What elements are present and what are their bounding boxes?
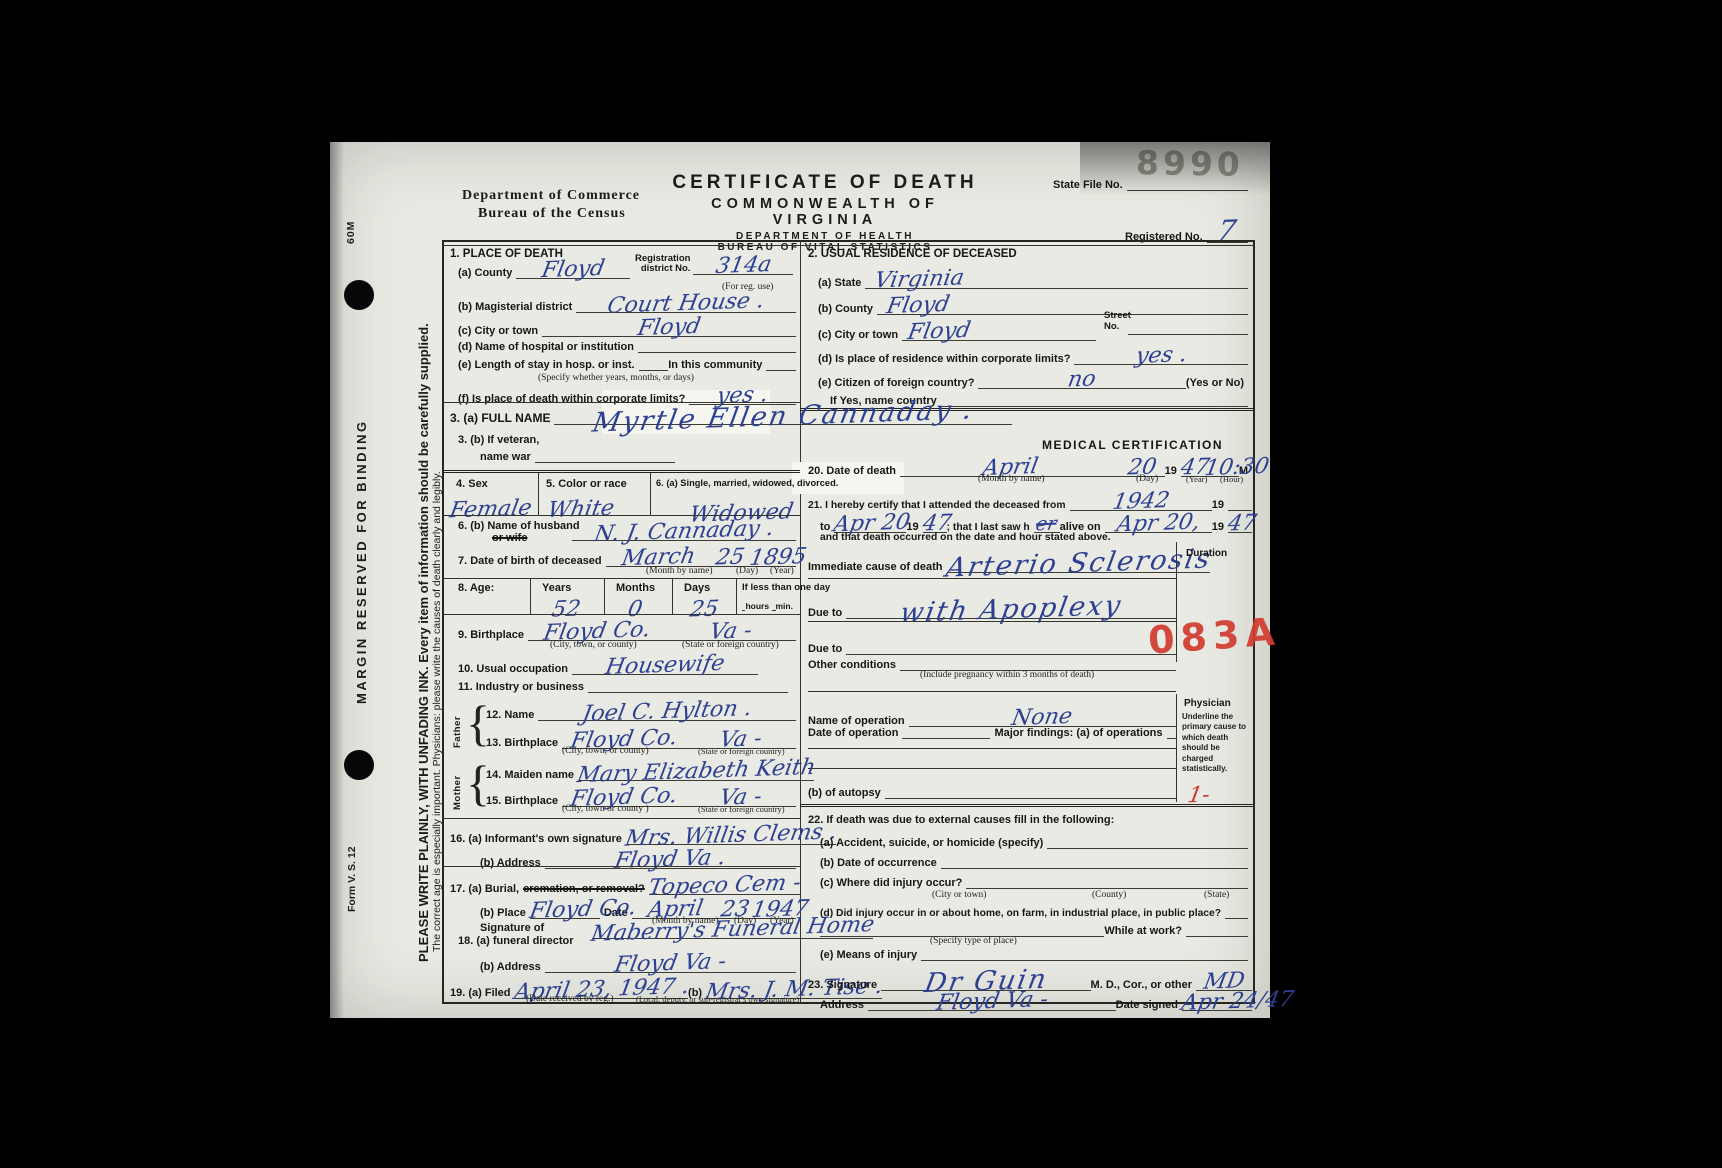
father-bp-sub1: (City, town, or county) <box>562 746 649 756</box>
rule <box>442 818 800 819</box>
means-injury-label: (e) Means of injury <box>820 949 921 961</box>
street-line-row <box>1128 322 1248 335</box>
cell-divider <box>538 473 539 515</box>
s1-city-row: (c) City or town Floyd <box>458 318 796 337</box>
funeral-sig-label2: 18. (a) funeral director <box>458 935 578 947</box>
s1-reg-label2: district No. <box>641 264 694 274</box>
filed-sub: (Date received by reg.) <box>526 994 614 1004</box>
s1-magisterial-label: (b) Magisterial district <box>458 301 576 313</box>
attended-from-value: 1942 <box>1111 495 1170 509</box>
autopsy-line <box>885 786 1176 799</box>
external-c-row: (c) Where did injury occur? <box>820 876 1248 889</box>
cause-row: Immediate cause of death Arterio Scleros… <box>808 552 1176 573</box>
birth-month-value: March <box>620 551 695 566</box>
death-day-value: 20 <box>1127 462 1157 475</box>
husband-value: N. J. Cannaday . <box>593 523 774 541</box>
registered-no-value: 7 <box>1217 223 1238 239</box>
s2-corporate-value: yes . <box>1135 349 1188 363</box>
race-label: 5. Color or race <box>546 478 631 490</box>
cell-divider <box>736 578 737 614</box>
street-no-label: No. <box>1104 321 1122 332</box>
birthplace-value1: Floyd Co. <box>543 624 652 640</box>
dept-commerce-line: Department of Commerce <box>462 188 640 204</box>
mother-name-label: 14. Maiden name <box>486 769 578 781</box>
burial-label2: cremation, or removal? <box>523 883 649 895</box>
saw-her-value: er <box>1035 519 1057 530</box>
s1-stay-sub: (Specify whether years, months, or days) <box>538 373 694 383</box>
mother-birthplace-label: 15. Birthplace <box>486 795 562 807</box>
father-name-row: 12. Name Joel C. Hylton . <box>486 702 796 721</box>
s1-regno-value: 314a <box>714 259 772 273</box>
rule-heavy <box>442 470 800 473</box>
external-b-line <box>941 856 1248 869</box>
age-hours-label: hours <box>745 601 772 611</box>
external-d-label: (d) Did injury occur in or about home, o… <box>820 908 1225 919</box>
s2-title: 2. USUAL RESIDENCE OF DECEASED <box>808 248 1021 260</box>
birth-month-sub: (Month by name) <box>646 566 713 576</box>
mother-birthplace-value2: Va - <box>719 791 763 805</box>
burial-row: 17. (a) Burial, cremation, or removal? T… <box>450 876 796 895</box>
external-a-line <box>1047 836 1248 849</box>
date-signed-value: Apr 24/47 <box>1181 994 1295 1010</box>
file-number-stamp: 8990 <box>1136 143 1245 184</box>
age-hours-row: hours min. <box>742 598 796 611</box>
findings-label: Major findings: (a) of operations <box>990 727 1166 739</box>
work-line2 <box>1186 924 1248 937</box>
birthplace-row: 9. Birthplace Floyd Co. Va - <box>458 622 796 641</box>
means-spec-sub: (Specify type of place) <box>930 936 1017 946</box>
full-name-value: Myrtle Ellen Cannaday . <box>592 403 975 431</box>
while-at-work-row: While at work? <box>820 924 1248 937</box>
birth-day-value: 25 <box>715 552 745 565</box>
s2-citizen-value: no <box>1067 374 1097 387</box>
md-cor-label: M. D., Cor., or other <box>1091 979 1196 991</box>
external-d-row: (d) Did injury occur in or about home, o… <box>820 906 1248 919</box>
findings-line <box>1167 726 1176 739</box>
certify-text3: and that death occurred on the date and … <box>820 532 1115 543</box>
punch-hole-top <box>344 280 374 310</box>
veteran-war-label: name war <box>480 451 535 463</box>
birthdate-label: 7. Date of birth of deceased <box>458 555 606 567</box>
death-certificate-scan: 60M MARGIN RESERVED FOR BINDING Form V. … <box>330 142 1270 1018</box>
age-years-label: Years <box>542 582 575 594</box>
veteran-label: 3. (b) If veteran, <box>458 434 543 446</box>
certify-text1: 21. I hereby certify that I attended the… <box>808 500 1070 511</box>
s2-corporate-row: (d) Is place of residence within corpora… <box>818 346 1248 365</box>
birthplace-sub2: (State or foreign country) <box>682 640 779 650</box>
header-rule <box>442 245 1255 246</box>
age-label: 8. Age: <box>458 582 498 594</box>
age-min-label: min. <box>776 601 796 611</box>
physician-address-row: Address Floyd Va - Date signed Apr 24/47 <box>820 992 1252 1011</box>
rule <box>442 578 800 579</box>
due2-line <box>846 642 1176 655</box>
signature-label: 23. Signature <box>808 979 881 991</box>
s1-magisterial-value: Court House . <box>607 295 766 313</box>
veteran-war-line <box>535 450 675 463</box>
mother-bp-sub1: (City, town or county ) <box>562 804 649 814</box>
s1-county-value: Floyd <box>541 263 606 277</box>
autopsy-row: (b) of autopsy <box>808 786 1176 799</box>
address-value: Floyd Va - <box>935 994 1048 1010</box>
s1-hospital-row: (d) Name of hospital or institution <box>458 340 796 353</box>
s1-hospital-label: (d) Name of hospital or institution <box>458 341 638 353</box>
s2-city-value: Floyd <box>907 325 972 339</box>
autopsy-label: (b) of autopsy <box>808 787 885 799</box>
full-name-label: 3. (a) FULL NAME <box>450 411 554 425</box>
birth-day-sub: (Day) <box>736 566 758 576</box>
external-c-sub3: (State) <box>1204 890 1229 900</box>
due1-row: Due to with Apoplexy <box>808 598 1176 619</box>
s1-county-row: (a) County Floyd <box>458 260 630 279</box>
cell-divider <box>530 578 531 614</box>
rule <box>808 748 1176 749</box>
informant-address-label: (b) Address <box>480 857 545 869</box>
certify-row2: to Apr 20 19 47 ; that I last saw h er a… <box>820 514 1252 533</box>
registrar-sub: (Local, deputy, or sub-registrar's own s… <box>636 994 799 1004</box>
rule <box>442 614 800 615</box>
birthplace-value2: Va - <box>709 625 753 639</box>
birthplace-sub1: (City, town, or county) <box>550 640 637 650</box>
marital-label: 6. (a) Single, married, widowed, divorce… <box>656 478 842 488</box>
external-c-sub2: (County) <box>1092 890 1126 900</box>
cell-divider <box>650 473 651 515</box>
age-less-label: If less than one day <box>742 582 833 593</box>
rule <box>442 866 800 867</box>
birthplace-label: 9. Birthplace <box>458 629 528 641</box>
s2-city-label: (c) City or town <box>818 329 902 341</box>
burial-place-label: (b) Place <box>480 907 530 919</box>
due1-label: Due to <box>808 607 846 619</box>
father-name-value: Joel C. Hylton . <box>581 703 752 721</box>
father-name-label: 12. Name <box>486 709 538 721</box>
form-number: Form V. S. 12 <box>346 846 358 912</box>
punch-hole-bottom <box>344 750 374 780</box>
cell-divider <box>604 578 605 614</box>
external-b-row: (b) Date of occurrence <box>820 856 1248 869</box>
physician-box-border <box>1176 694 1177 802</box>
cell-divider <box>672 578 673 614</box>
s1-hospital-line <box>638 340 796 353</box>
death-year-sub: (Year) <box>1186 474 1207 484</box>
s2-citizen-row: (e) Citizen of foreign country? no (Yes … <box>818 370 1248 389</box>
cause-label: Immediate cause of death <box>808 561 947 573</box>
bureau-census-line: Bureau of the Census <box>478 206 626 222</box>
birth-year-sub: (Year) <box>770 566 794 576</box>
operation-date-label: Date of operation <box>808 727 902 739</box>
age-months-label: Months <box>616 582 659 594</box>
funeral-address-row: (b) Address Floyd Va - <box>480 954 796 973</box>
death-date-label: 20. Date of death <box>808 465 900 477</box>
duration-label: Duration <box>1186 548 1231 559</box>
street-line <box>1128 322 1248 335</box>
s1-regdistrict-row: Registration district No. 314a <box>635 254 793 275</box>
burial-day-value: 23 <box>720 904 750 917</box>
other-conditions-label: Other conditions <box>808 659 900 671</box>
means-injury-row: (e) Means of injury <box>820 948 1248 961</box>
other-conditions-sub: (Include pregnancy within 3 months of de… <box>920 670 1094 680</box>
margin-instruction-bold: PLEASE WRITE PLAINLY, WITH UNFADING INK.… <box>416 323 431 962</box>
cause-value: Arterio Sclerosis <box>944 552 1212 576</box>
s1-city-value: Floyd <box>637 321 702 335</box>
medical-cert-title: MEDICAL CERTIFICATION <box>1042 438 1227 452</box>
external-b-label: (b) Date of occurrence <box>820 857 941 869</box>
address-label: Address <box>820 999 868 1011</box>
funeral-director-row: Maberry's Funeral Home <box>592 920 796 939</box>
rule <box>808 691 1176 692</box>
alive-on-value: Apr 20, <box>1116 517 1201 532</box>
death-month-value: April <box>981 461 1038 475</box>
cause-code-stamp: 083A <box>1147 609 1282 662</box>
father-birthplace-label: 13. Birthplace <box>486 737 562 749</box>
father-group-label: Father <box>452 716 463 748</box>
husband-label2: or wife <box>492 532 531 544</box>
full-name-row: 3. (a) FULL NAME Myrtle Ellen Cannaday . <box>450 404 1012 425</box>
certify-19a: 19 <box>1212 499 1228 511</box>
due2-label: Due to <box>808 643 846 655</box>
age-days-label: Days <box>684 582 714 594</box>
s1-county-label: (a) County <box>458 267 516 279</box>
due2-row: Due to <box>808 642 1176 655</box>
rule <box>808 768 1176 769</box>
s2-city-row: (c) City or town Floyd <box>818 322 1096 341</box>
informant-value: Mrs. Willis Clems . <box>624 826 838 845</box>
external-c-sub1: (City or town) <box>932 890 986 900</box>
s1-stay-row: (e) Length of stay in hosp. or inst. In … <box>458 358 796 371</box>
rule <box>808 621 1176 622</box>
s2-county-value: Floyd <box>886 299 951 313</box>
external-a-row: (a) Accident, suicide, or homicide (spec… <box>820 836 1248 849</box>
industry-row: 11. Industry or business <box>458 680 788 693</box>
date-signed-label: Date signed <box>1116 999 1182 1011</box>
occupation-label: 10. Usual occupation <box>458 663 572 675</box>
death-month-sub: (Month by name) <box>978 474 1045 484</box>
funeral-address-value: Floyd Va - <box>614 956 727 972</box>
street-label: Street <box>1104 310 1134 321</box>
filed-label: 19. (a) Filed <box>450 987 515 999</box>
funeral-sig-label1: Signature of <box>480 922 548 934</box>
state-file-label: State File No. <box>1053 179 1127 191</box>
commonwealth-title: COMMONWEALTH OF VIRGINIA <box>660 196 990 228</box>
s2-corporate-label: (d) Is place of residence within corpora… <box>818 353 1074 365</box>
mother-name-row: 14. Maiden name Mary Elizabeth Keith <box>486 762 796 781</box>
s1-stay-label: (e) Length of stay in hosp. or inst. <box>458 359 639 371</box>
burial-label: 17. (a) Burial, <box>450 883 523 895</box>
burial-value: Topeco Cem - <box>647 877 801 894</box>
s1-community-label: In this community <box>668 359 766 371</box>
s2-county-label: (b) County <box>818 303 877 315</box>
scan-shadow-left <box>330 142 344 1018</box>
physician-mark: 1- <box>1187 790 1211 803</box>
death-hour-sub: (Hour) <box>1220 474 1243 484</box>
external-c-line <box>966 876 1248 889</box>
veteran-war-row: name war <box>480 450 675 463</box>
industry-line <box>588 680 788 693</box>
s2-citizen-label: (e) Citizen of foreign country? <box>818 377 978 389</box>
physician-label: Physician <box>1184 698 1235 709</box>
external-a-label: (a) Accident, suicide, or homicide (spec… <box>820 837 1047 849</box>
s1-stay-line2 <box>766 358 796 371</box>
certificate-title: CERTIFICATE OF DEATH <box>660 172 990 194</box>
mother-group-label: Mother <box>452 775 463 810</box>
husband-label: 6. (b) Name of husband <box>458 520 584 532</box>
father-bp-sub2: (State or foreign country) <box>698 746 785 756</box>
while-at-work-label: While at work? <box>1104 925 1186 937</box>
due1-value: with Apoplexy <box>899 599 1123 622</box>
informant-label: 16. (a) Informant's own signature <box>450 833 626 845</box>
margin-binding-text: MARGIN RESERVED FOR BINDING <box>354 419 369 704</box>
burial-place-value: Floyd Co. <box>528 902 637 918</box>
mother-name-value: Mary Elizabeth Keith <box>576 762 816 782</box>
s2-state-value: Virginia <box>874 272 965 287</box>
external-c-label: (c) Where did injury occur? <box>820 877 966 889</box>
physician-note: Underline the primary cause to which dea… <box>1182 712 1252 774</box>
father-birthplace-value2: Va - <box>719 733 763 747</box>
external-d-line <box>1225 906 1248 919</box>
s1-city-label: (c) City or town <box>458 325 542 337</box>
death-19: 19 <box>1165 465 1181 477</box>
industry-label: 11. Industry or business <box>458 681 588 693</box>
column-divider <box>800 240 801 1004</box>
print-run-code: 60M <box>345 221 357 244</box>
husband-row: N. J. Cannaday . <box>572 522 796 541</box>
rule <box>442 515 800 516</box>
alive-on-year: 47 <box>1227 518 1257 531</box>
death-day-sub: (Day) <box>1136 474 1158 484</box>
operation-value: None <box>1011 711 1073 725</box>
means-injury-line <box>921 948 1248 961</box>
external-title: 22. If death was due to external causes … <box>808 814 1118 826</box>
rule-heavy <box>800 804 1255 807</box>
occupation-value: Housewife <box>605 658 726 674</box>
attended-to-year: 47 <box>921 518 951 531</box>
funeral-address-label: (b) Address <box>480 961 545 973</box>
attended-to-value: Apr 20 <box>833 517 911 532</box>
birthdate-row: 7. Date of birth of deceased March 25 18… <box>458 548 796 567</box>
occupation-row: 10. Usual occupation Housewife <box>458 656 758 675</box>
s2-citizen-sub: (Yes or No) <box>1186 377 1248 389</box>
s2-county-row: (b) County Floyd <box>818 296 1248 315</box>
rule <box>808 578 1176 579</box>
s1-stay-line1 <box>639 358 669 371</box>
burial-month-value: April <box>646 903 703 917</box>
operation-date-row: Date of operation Major findings: (a) of… <box>808 726 1176 739</box>
s2-state-row: (a) State Virginia <box>818 270 1248 289</box>
s1-magisterial-row: (b) Magisterial district Court House . <box>458 294 796 313</box>
s2-state-label: (a) State <box>818 277 865 289</box>
sex-label: 4. Sex <box>456 478 492 490</box>
birth-year-value: 1895 <box>749 551 808 565</box>
mother-bp-sub2: (State or foreign country) <box>698 804 785 814</box>
md-value: MD <box>1203 975 1246 988</box>
informant-row: 16. (a) Informant's own signature Mrs. W… <box>450 826 796 845</box>
operation-row: Name of operation None <box>808 708 1176 727</box>
certify-row1: 21. I hereby certify that I attended the… <box>808 492 1252 511</box>
